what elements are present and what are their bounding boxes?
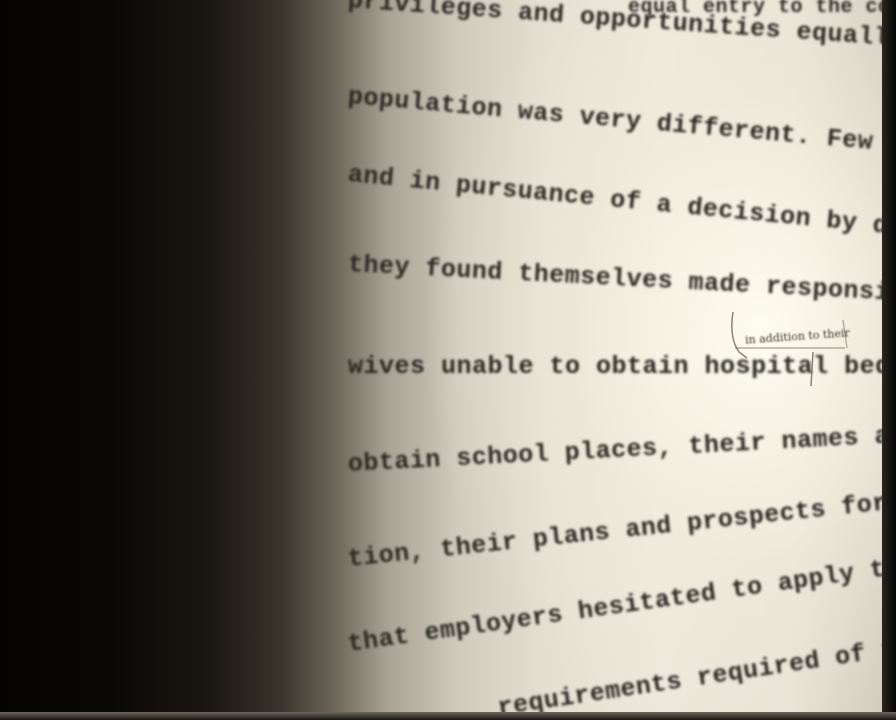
top-fragment: equal entry to the country was xyxy=(628,0,896,19)
frame-edge-right xyxy=(882,0,896,720)
text-line: obtain school places, their names and em… xyxy=(347,402,896,479)
insertion-mark-icon xyxy=(725,308,855,388)
frame-edge-bottom xyxy=(0,712,896,720)
